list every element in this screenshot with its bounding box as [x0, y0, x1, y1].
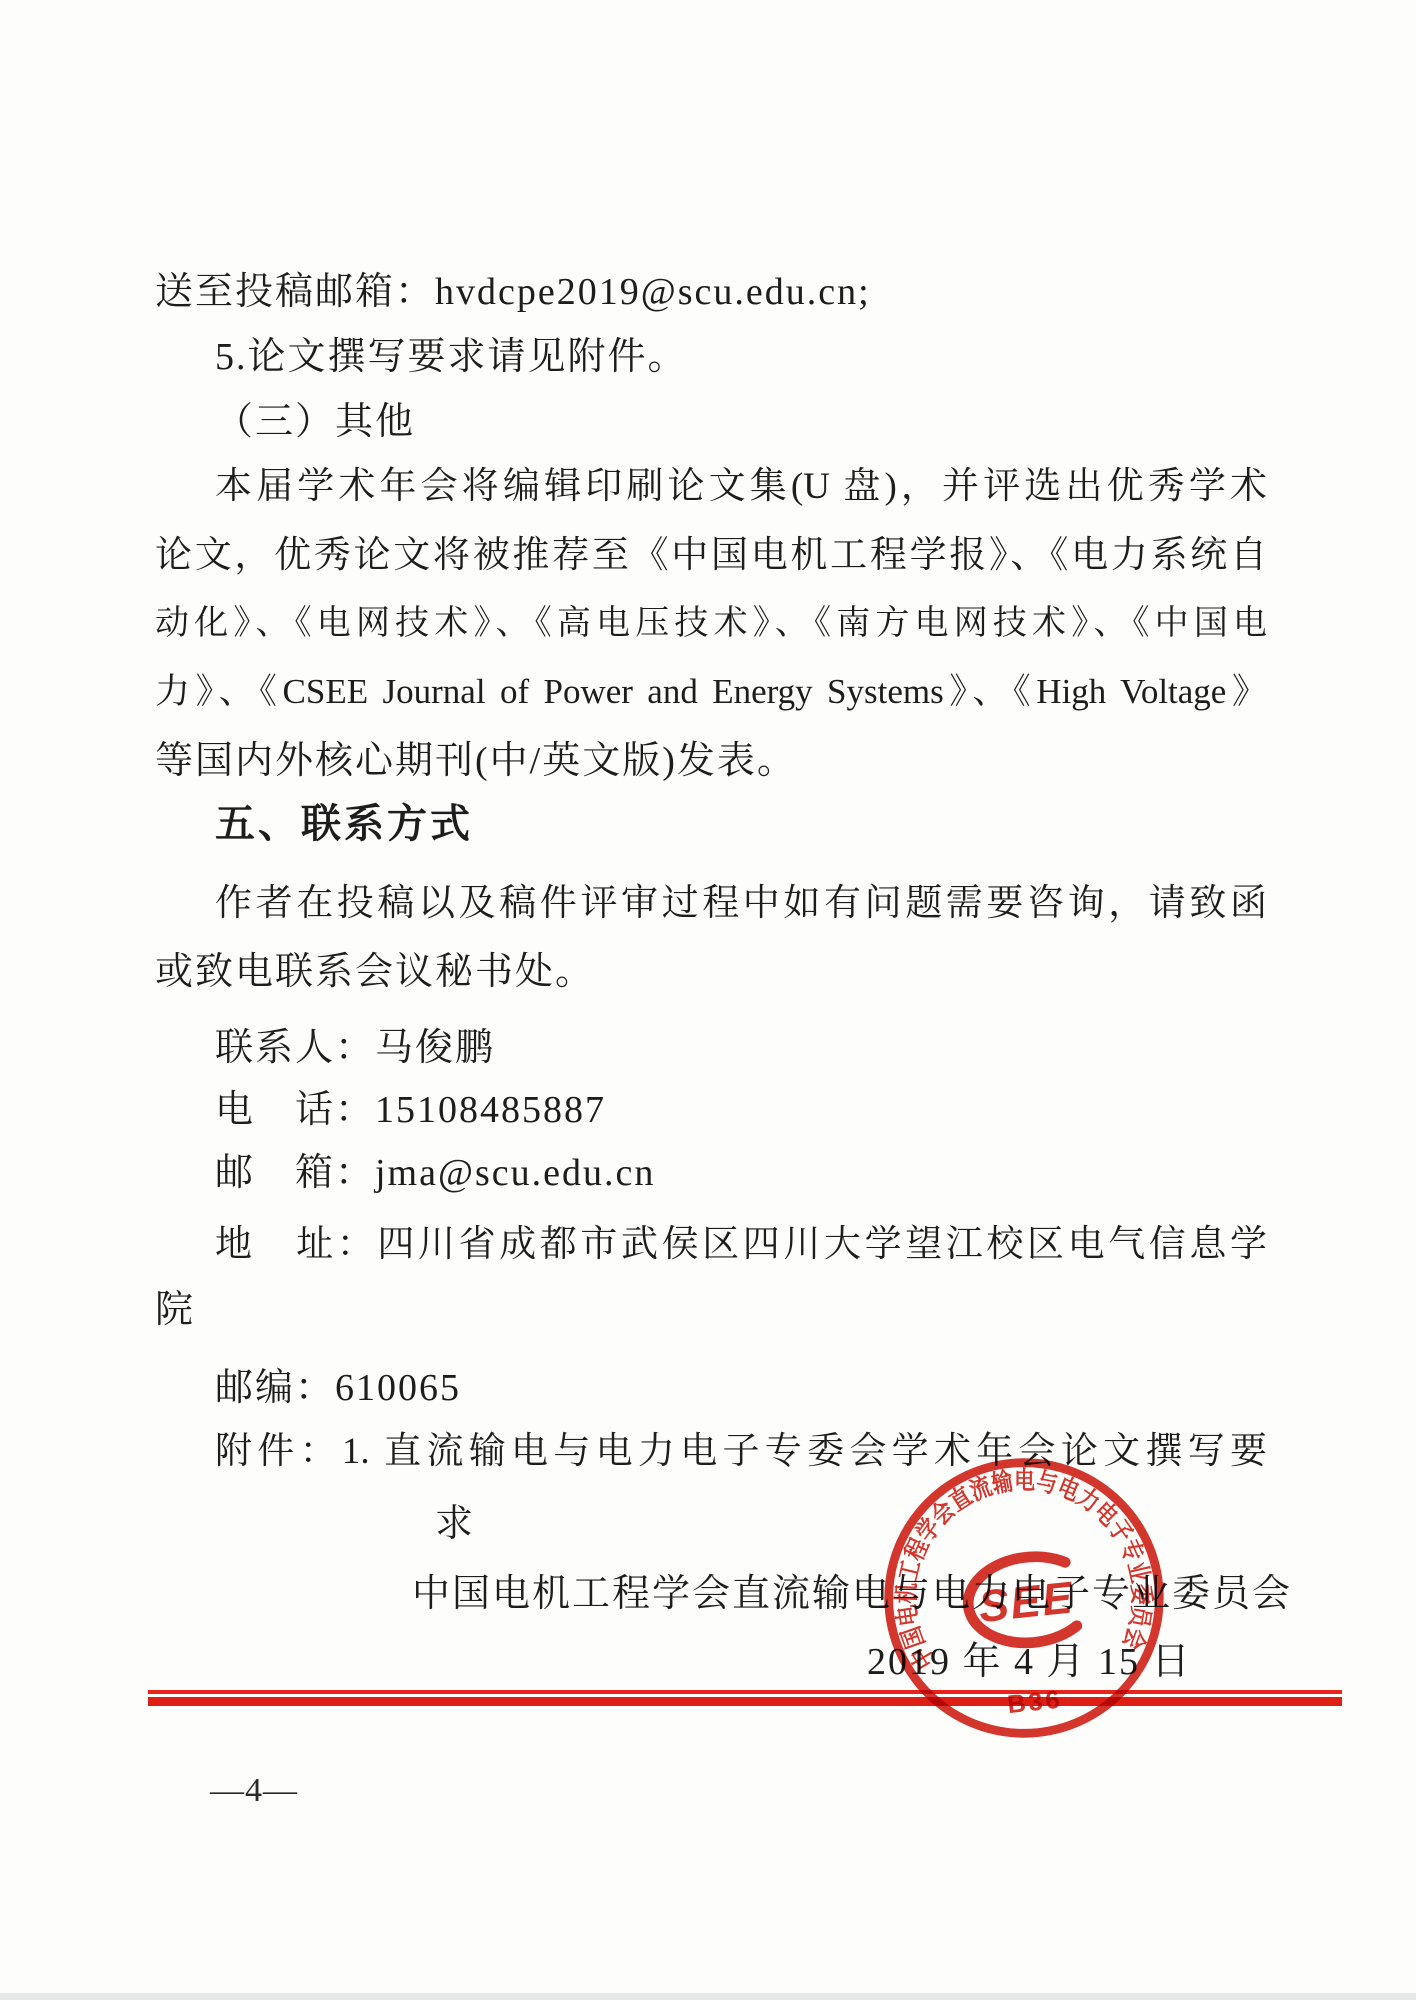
phone-line: 电 话：15108485887	[155, 1086, 1267, 1134]
email-line: 邮 箱：jma@scu.edu.cn	[155, 1149, 1267, 1197]
seal-code: B36	[1006, 1686, 1064, 1720]
page-number: —4—	[210, 1772, 298, 1810]
postcode-line: 邮编：610065	[155, 1364, 1267, 1412]
subsection-heading-other: （三）其他	[155, 398, 1267, 446]
body-line: 本届学术年会将编辑印刷论文集(U 盘)，并评选出优秀学术	[155, 463, 1267, 511]
scanned-document-page: 送至投稿邮箱：hvdcpe2019@scu.edu.cn; 5.论文撰写要求请见…	[0, 0, 1416, 2000]
section-heading-contact: 五、联系方式	[155, 800, 1267, 848]
contact-person-line: 联系人：马俊鹏	[155, 1024, 1267, 1072]
item-5-line: 5.论文撰写要求请见附件。	[155, 333, 1267, 381]
address-continuation: 院	[155, 1286, 1267, 1334]
address-line: 地 址：四川省成都市武侯区四川大学望江校区电气信息学	[155, 1221, 1267, 1269]
body-line: 等国内外核心期刊(中/英文版)发表。	[155, 737, 1267, 785]
scan-edge-shadow	[0, 1993, 1416, 2000]
body-line: 或致电联系会议秘书处。	[155, 948, 1267, 996]
committee-seal: 中国电机工程学会直流输电与电力电子专业委员会 SEE B36	[864, 1438, 1185, 1759]
body-line: 作者在投稿以及稿件评审过程中如有问题需要咨询，请致函	[155, 880, 1267, 928]
body-line-journals: 力》、《CSEE Journal of Power and Energy Sys…	[155, 668, 1267, 716]
body-line: 动化》、《电网技术》、《高电压技术》、《南方电网技术》、《中国电	[155, 600, 1267, 648]
seal-see-text: SEE	[976, 1572, 1076, 1632]
body-line: 论文，优秀论文将被推荐至《中国电机工程学报》、《电力系统自	[155, 532, 1267, 580]
submission-email-line: 送至投稿邮箱：hvdcpe2019@scu.edu.cn;	[155, 268, 1267, 316]
